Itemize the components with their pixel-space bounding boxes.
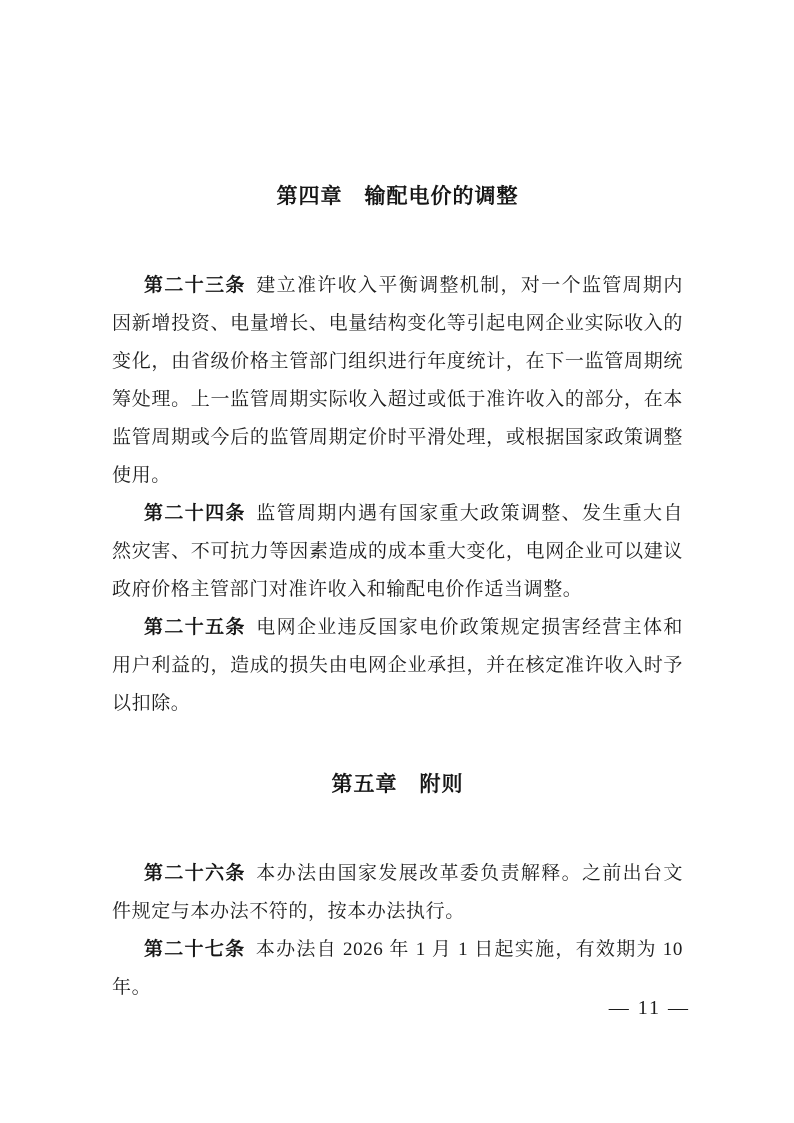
page-number: — 11 — [609, 997, 690, 1020]
article-25: 第二十五条电网企业违反国家电价政策规定损害经营主体和用户利益的，造成的损失由电网… [112, 609, 683, 723]
chapter-4: 第四章 输配电价的调整 第二十三条建立准许收入平衡调整机制，对一个监管周期内因新… [112, 183, 683, 723]
article-27: 第二十七条本办法自 2026 年 1 月 1 日起实施，有效期为 10 年。 [112, 931, 683, 1007]
article-26-label: 第二十六条 [144, 863, 246, 884]
article-24-label: 第二十四条 [144, 503, 246, 524]
article-23-text: 建立准许收入平衡调整机制，对一个监管周期内因新增投资、电量增长、电量结构变化等引… [112, 275, 683, 486]
chapter-5-heading: 第五章 附则 [112, 771, 683, 798]
article-27-label: 第二十七条 [144, 939, 245, 960]
article-24: 第二十四条监管周期内遇有国家重大政策调整、发生重大自然灾害、不可抗力等因素造成的… [112, 495, 683, 609]
article-26: 第二十六条本办法由国家发展改革委负责解释。之前出台文件规定与本办法不符的，按本办… [112, 855, 683, 931]
article-25-label: 第二十五条 [144, 617, 246, 638]
document-page: 第四章 输配电价的调整 第二十三条建立准许收入平衡调整机制，对一个监管周期内因新… [0, 0, 794, 1123]
chapter-5: 第五章 附则 第二十六条本办法由国家发展改革委负责解释。之前出台文件规定与本办法… [112, 771, 683, 1007]
article-23-label: 第二十三条 [144, 275, 246, 296]
article-23: 第二十三条建立准许收入平衡调整机制，对一个监管周期内因新增投资、电量增长、电量结… [112, 267, 683, 495]
chapter-4-heading: 第四章 输配电价的调整 [112, 183, 683, 210]
